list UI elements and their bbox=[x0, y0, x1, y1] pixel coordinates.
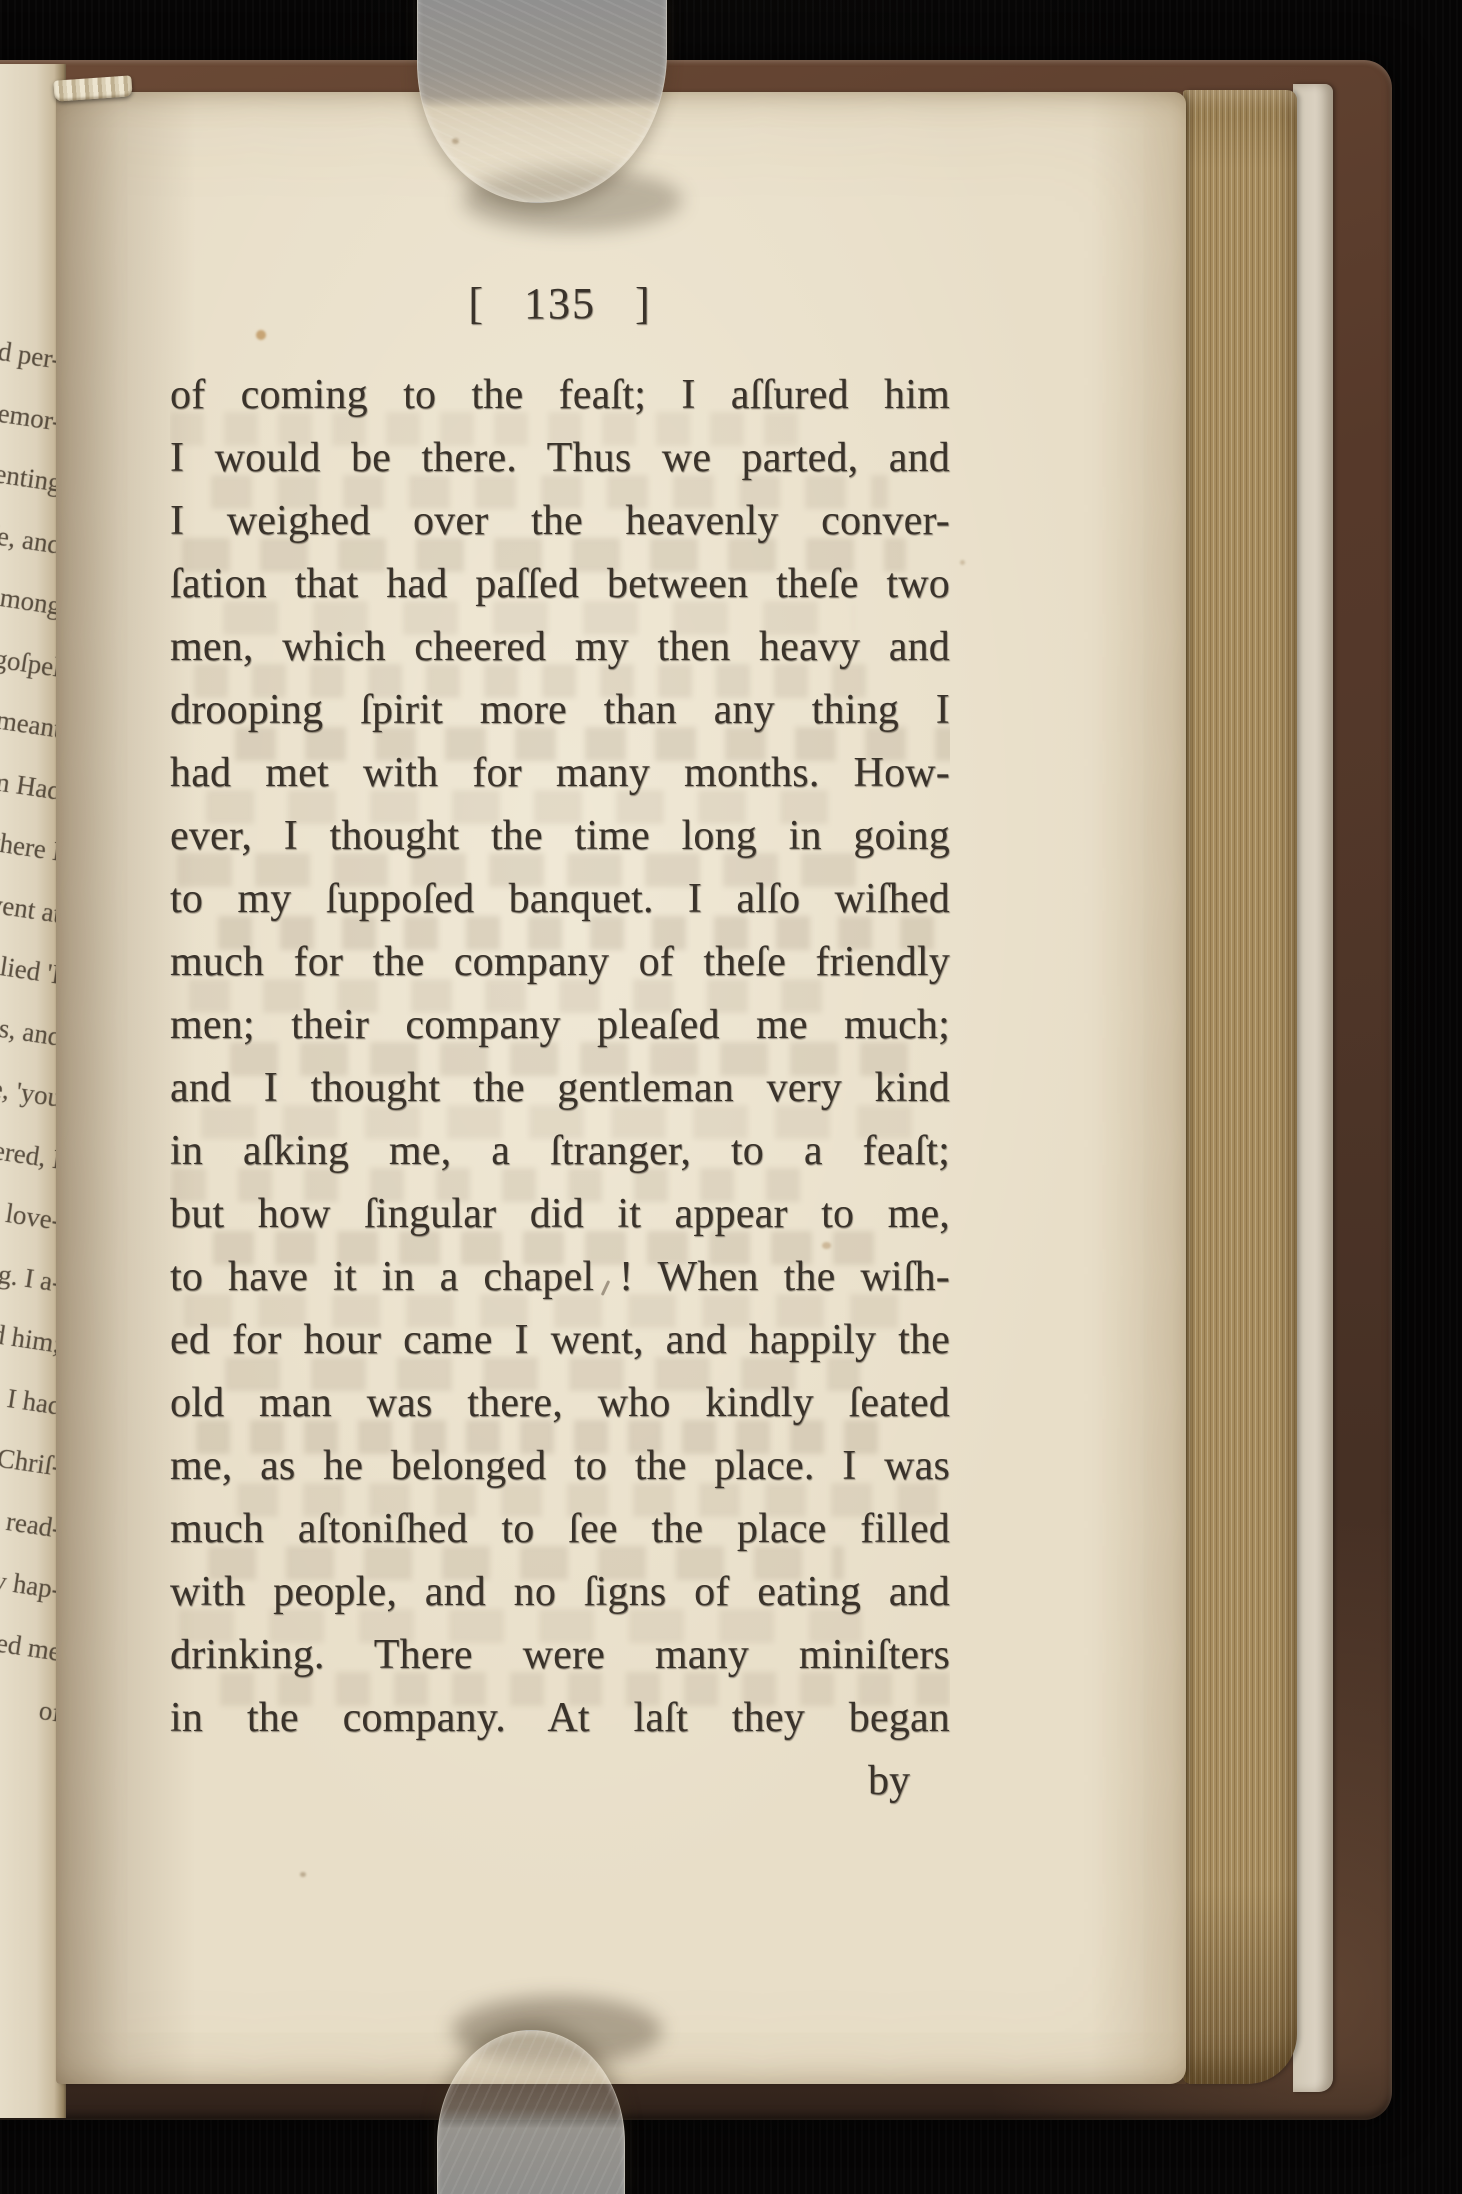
text-line: of coming to the feaſt; I aſſured him bbox=[170, 364, 950, 427]
text-line: old man was there, who kindly ſeated bbox=[170, 1372, 950, 1435]
text-line: and I thought the gentleman very kind bbox=[170, 1057, 950, 1120]
endpaper-edge bbox=[1293, 84, 1333, 2092]
page-stain bbox=[822, 1242, 831, 1249]
facing-page-line: ening. I a- bbox=[0, 1252, 63, 1299]
facing-page-line: e to a love- bbox=[0, 1188, 63, 1237]
facing-page-line: s ; among bbox=[0, 576, 63, 622]
facing-page-line: he old Chriſ- bbox=[0, 1432, 63, 1483]
text-line: men; their company pleaſed me much; bbox=[170, 994, 950, 1057]
text-line: drooping ſpirit more than any thing I bbox=[170, 679, 950, 742]
facing-page-line: dingly hap- bbox=[0, 1557, 63, 1606]
text-line: men, which cheered my then heavy and bbox=[170, 616, 950, 679]
text-line: in aſking me, a ſtranger, to a feaſt; bbox=[170, 1120, 950, 1183]
page-number-header: [ 135 ] bbox=[170, 278, 950, 329]
text-line: in the company. At laſt they began bbox=[170, 1687, 950, 1750]
text-line: ever, I thought the time long in going bbox=[170, 805, 950, 868]
text-line: to have it in a chapel ! When the wiſh- bbox=[170, 1246, 950, 1309]
fore-edge-page-stack bbox=[1183, 90, 1297, 2084]
catchword: by bbox=[170, 1750, 950, 1813]
text-line: ed for hour came I went, and happily the bbox=[170, 1309, 950, 1372]
facing-page-line: ked where I bbox=[0, 818, 63, 867]
facing-page-line: diſſenting bbox=[0, 453, 63, 499]
facing-page-line: d him Had bbox=[0, 759, 63, 807]
facing-page-line: ould per- bbox=[0, 331, 63, 376]
text-line: to my ſuppoſed banquet. I alſo wiſhed bbox=[170, 868, 950, 931]
facing-page-line: itable read- bbox=[0, 1496, 63, 1545]
facing-page-line: anſwered, I bbox=[0, 1127, 63, 1176]
facing-page-line: artin's, and bbox=[0, 1005, 63, 1053]
facing-page-line: minded me bbox=[0, 1619, 63, 1668]
facing-page-line: at he meant bbox=[0, 696, 63, 745]
text-line: much for the company of theſe friendly bbox=[170, 931, 950, 994]
page-stain bbox=[256, 330, 266, 340]
facing-page-line: he goſpel bbox=[0, 638, 63, 683]
facing-page-line: replied 'I bbox=[0, 946, 63, 991]
facing-page-line: ourſe, and bbox=[0, 514, 63, 561]
text-line: but how ſingular did it appear to me, bbox=[170, 1183, 950, 1246]
text-line: I would be there. Thus we parted, and bbox=[170, 427, 950, 490]
text-line: ſation that had paſſed between theſe two bbox=[170, 553, 950, 616]
page-stain bbox=[960, 560, 965, 565]
text-line: me, as he belonged to the place. I was bbox=[170, 1435, 950, 1498]
page-edge-shadow bbox=[1091, 92, 1186, 2084]
facing-page-line: id he, 'you bbox=[0, 1067, 63, 1114]
page-stain bbox=[300, 1872, 306, 1877]
text-line: much aſtoniſhed to ſee the place filled bbox=[170, 1498, 950, 1561]
text-block: of coming to the feaſt; I aſſured him I … bbox=[170, 364, 950, 1813]
text-line: drinking. There were many miniſters bbox=[170, 1624, 950, 1687]
text-line: I weighed over the heavenly conver- bbox=[170, 490, 950, 553]
book-page: [ 135 ] of coming to the feaſt; I aſſure… bbox=[56, 92, 1186, 2084]
facing-page-line: way, I had bbox=[0, 1375, 63, 1422]
text-line: with people, and no ſigns of eating and bbox=[170, 1561, 950, 1624]
facing-page-line: nked him; bbox=[0, 1313, 63, 1360]
text-line: had met with for many months. How- bbox=[170, 742, 950, 805]
facing-page-line: er I went at bbox=[0, 881, 63, 930]
facing-page-line: t memor- bbox=[0, 393, 63, 438]
